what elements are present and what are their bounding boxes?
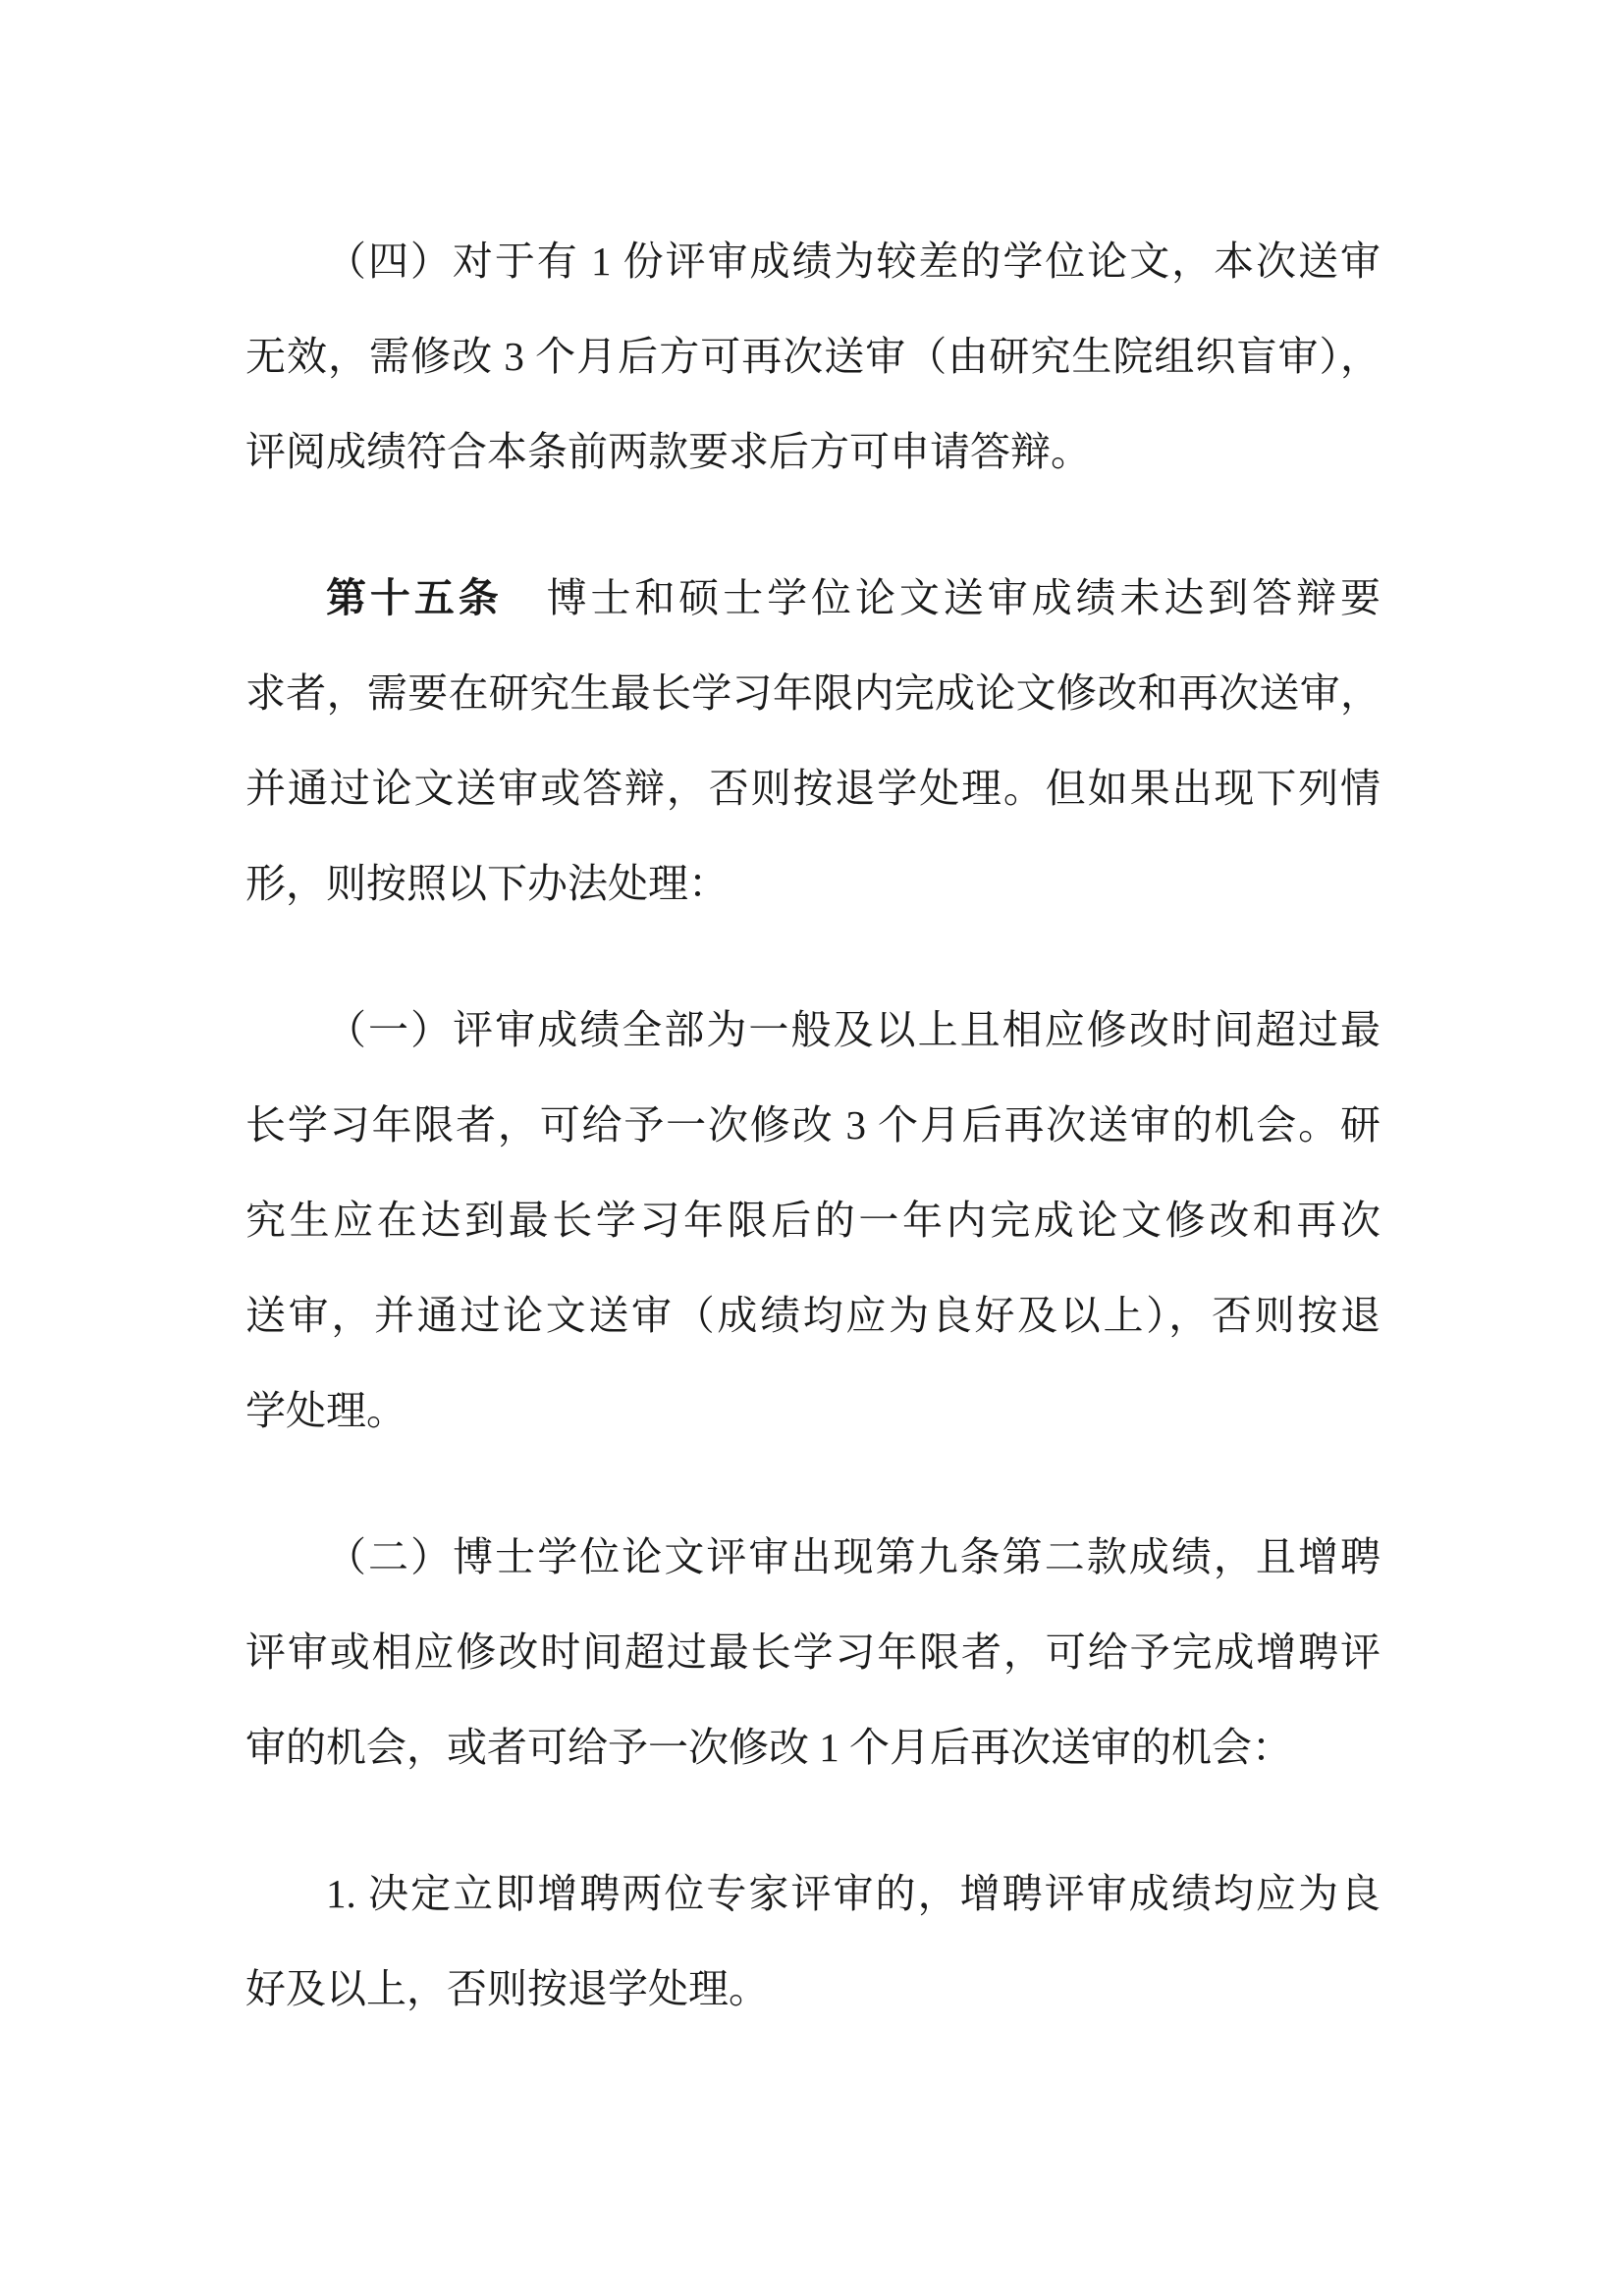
text-line: 长学习年限者，可给予一次修改 3 个月后再次送审的机会。研 xyxy=(245,1078,1380,1173)
text-line: （二）博士学位论文评审出现第九条第二款成绩，且增聘 xyxy=(245,1510,1380,1605)
text-line: （四）对于有 1 份评审成绩为较差的学位论文，本次送审 xyxy=(245,214,1380,309)
text-line: 审的机会，或者可给予一次修改 1 个月后再次送审的机会： xyxy=(245,1700,1380,1795)
body-text: 好及以上，否则按退学处理。 xyxy=(245,1966,769,2011)
body-text: 博士和硕士学位论文送审成绩未达到答辩要 xyxy=(503,575,1380,620)
text-line: 评阅成绩符合本条前两款要求后方可申请答辩。 xyxy=(245,404,1380,500)
body-text: 形，则按照以下办法处理： xyxy=(245,861,729,906)
body-text: 长学习年限者，可给予一次修改 3 个月后再次送审的机会。研 xyxy=(245,1102,1380,1148)
body-text: 求者，需要在研究生最长学习年限内完成论文修改和再次送审， xyxy=(245,670,1380,716)
text-line: 1. 决定立即增聘两位专家评审的，增聘评审成绩均应为良 xyxy=(245,1846,1380,1942)
body-text: 送审，并通过论文送审（成绩均应为良好及以上），否则按退 xyxy=(245,1293,1380,1338)
text-line: 究生应在达到最长学习年限后的一年内完成论文修改和再次 xyxy=(245,1173,1380,1268)
text-line: 无效，需修改 3 个月后方可再次送审（由研究生院组织盲审）， xyxy=(245,309,1380,404)
text-line: 评审或相应修改时间超过最长学习年限者，可给予完成增聘评 xyxy=(245,1605,1380,1700)
body-text: 1. 决定立即增聘两位专家评审的，增聘评审成绩均应为良 xyxy=(326,1871,1380,1916)
article-number-text: 第十五条 xyxy=(326,575,503,620)
paragraph: 第十五条 博士和硕士学位论文送审成绩未达到答辩要求者，需要在研究生最长学习年限内… xyxy=(245,551,1380,932)
body-text: （四）对于有 1 份评审成绩为较差的学位论文，本次送审 xyxy=(326,239,1380,284)
body-text: 评审或相应修改时间超过最长学习年限者，可给予完成增聘评 xyxy=(245,1629,1380,1675)
document-page: （四）对于有 1 份评审成绩为较差的学位论文，本次送审无效，需修改 3 个月后方… xyxy=(0,0,1624,2296)
body-text: （二）博士学位论文评审出现第九条第二款成绩，且增聘 xyxy=(326,1534,1380,1579)
body-text: 审的机会，或者可给予一次修改 1 个月后再次送审的机会： xyxy=(245,1725,1292,1770)
text-line: 形，则按照以下办法处理： xyxy=(245,836,1380,932)
text-line: 并通过论文送审或答辩，否则按退学处理。但如果出现下列情 xyxy=(245,741,1380,836)
text-line: 学处理。 xyxy=(245,1363,1380,1459)
body-text: 评阅成绩符合本条前两款要求后方可申请答辩。 xyxy=(245,429,1091,474)
text-line: （一）评审成绩全部为一般及以上且相应修改时间超过最 xyxy=(245,983,1380,1078)
text-line: 好及以上，否则按退学处理。 xyxy=(245,1942,1380,2037)
paragraph: （四）对于有 1 份评审成绩为较差的学位论文，本次送审无效，需修改 3 个月后方… xyxy=(245,214,1380,500)
paragraph: 1. 决定立即增聘两位专家评审的，增聘评审成绩均应为良好及以上，否则按退学处理。 xyxy=(245,1846,1380,2037)
text-line: 第十五条 博士和硕士学位论文送审成绩未达到答辩要 xyxy=(245,551,1380,646)
text-line: 送审，并通过论文送审（成绩均应为良好及以上），否则按退 xyxy=(245,1268,1380,1363)
body-text: 究生应在达到最长学习年限后的一年内完成论文修改和再次 xyxy=(245,1198,1380,1243)
paragraph: （二）博士学位论文评审出现第九条第二款成绩，且增聘评审或相应修改时间超过最长学习… xyxy=(245,1510,1380,1795)
body-text: 学处理。 xyxy=(245,1388,406,1433)
text-line: 求者，需要在研究生最长学习年限内完成论文修改和再次送审， xyxy=(245,646,1380,741)
paragraph: （一）评审成绩全部为一般及以上且相应修改时间超过最长学习年限者，可给予一次修改 … xyxy=(245,983,1380,1459)
body-text: 并通过论文送审或答辩，否则按退学处理。但如果出现下列情 xyxy=(245,766,1380,811)
body-text: （一）评审成绩全部为一般及以上且相应修改时间超过最 xyxy=(326,1007,1380,1052)
document-body: （四）对于有 1 份评审成绩为较差的学位论文，本次送审无效，需修改 3 个月后方… xyxy=(245,214,1380,2037)
body-text: 无效，需修改 3 个月后方可再次送审（由研究生院组织盲审）， xyxy=(245,334,1380,379)
